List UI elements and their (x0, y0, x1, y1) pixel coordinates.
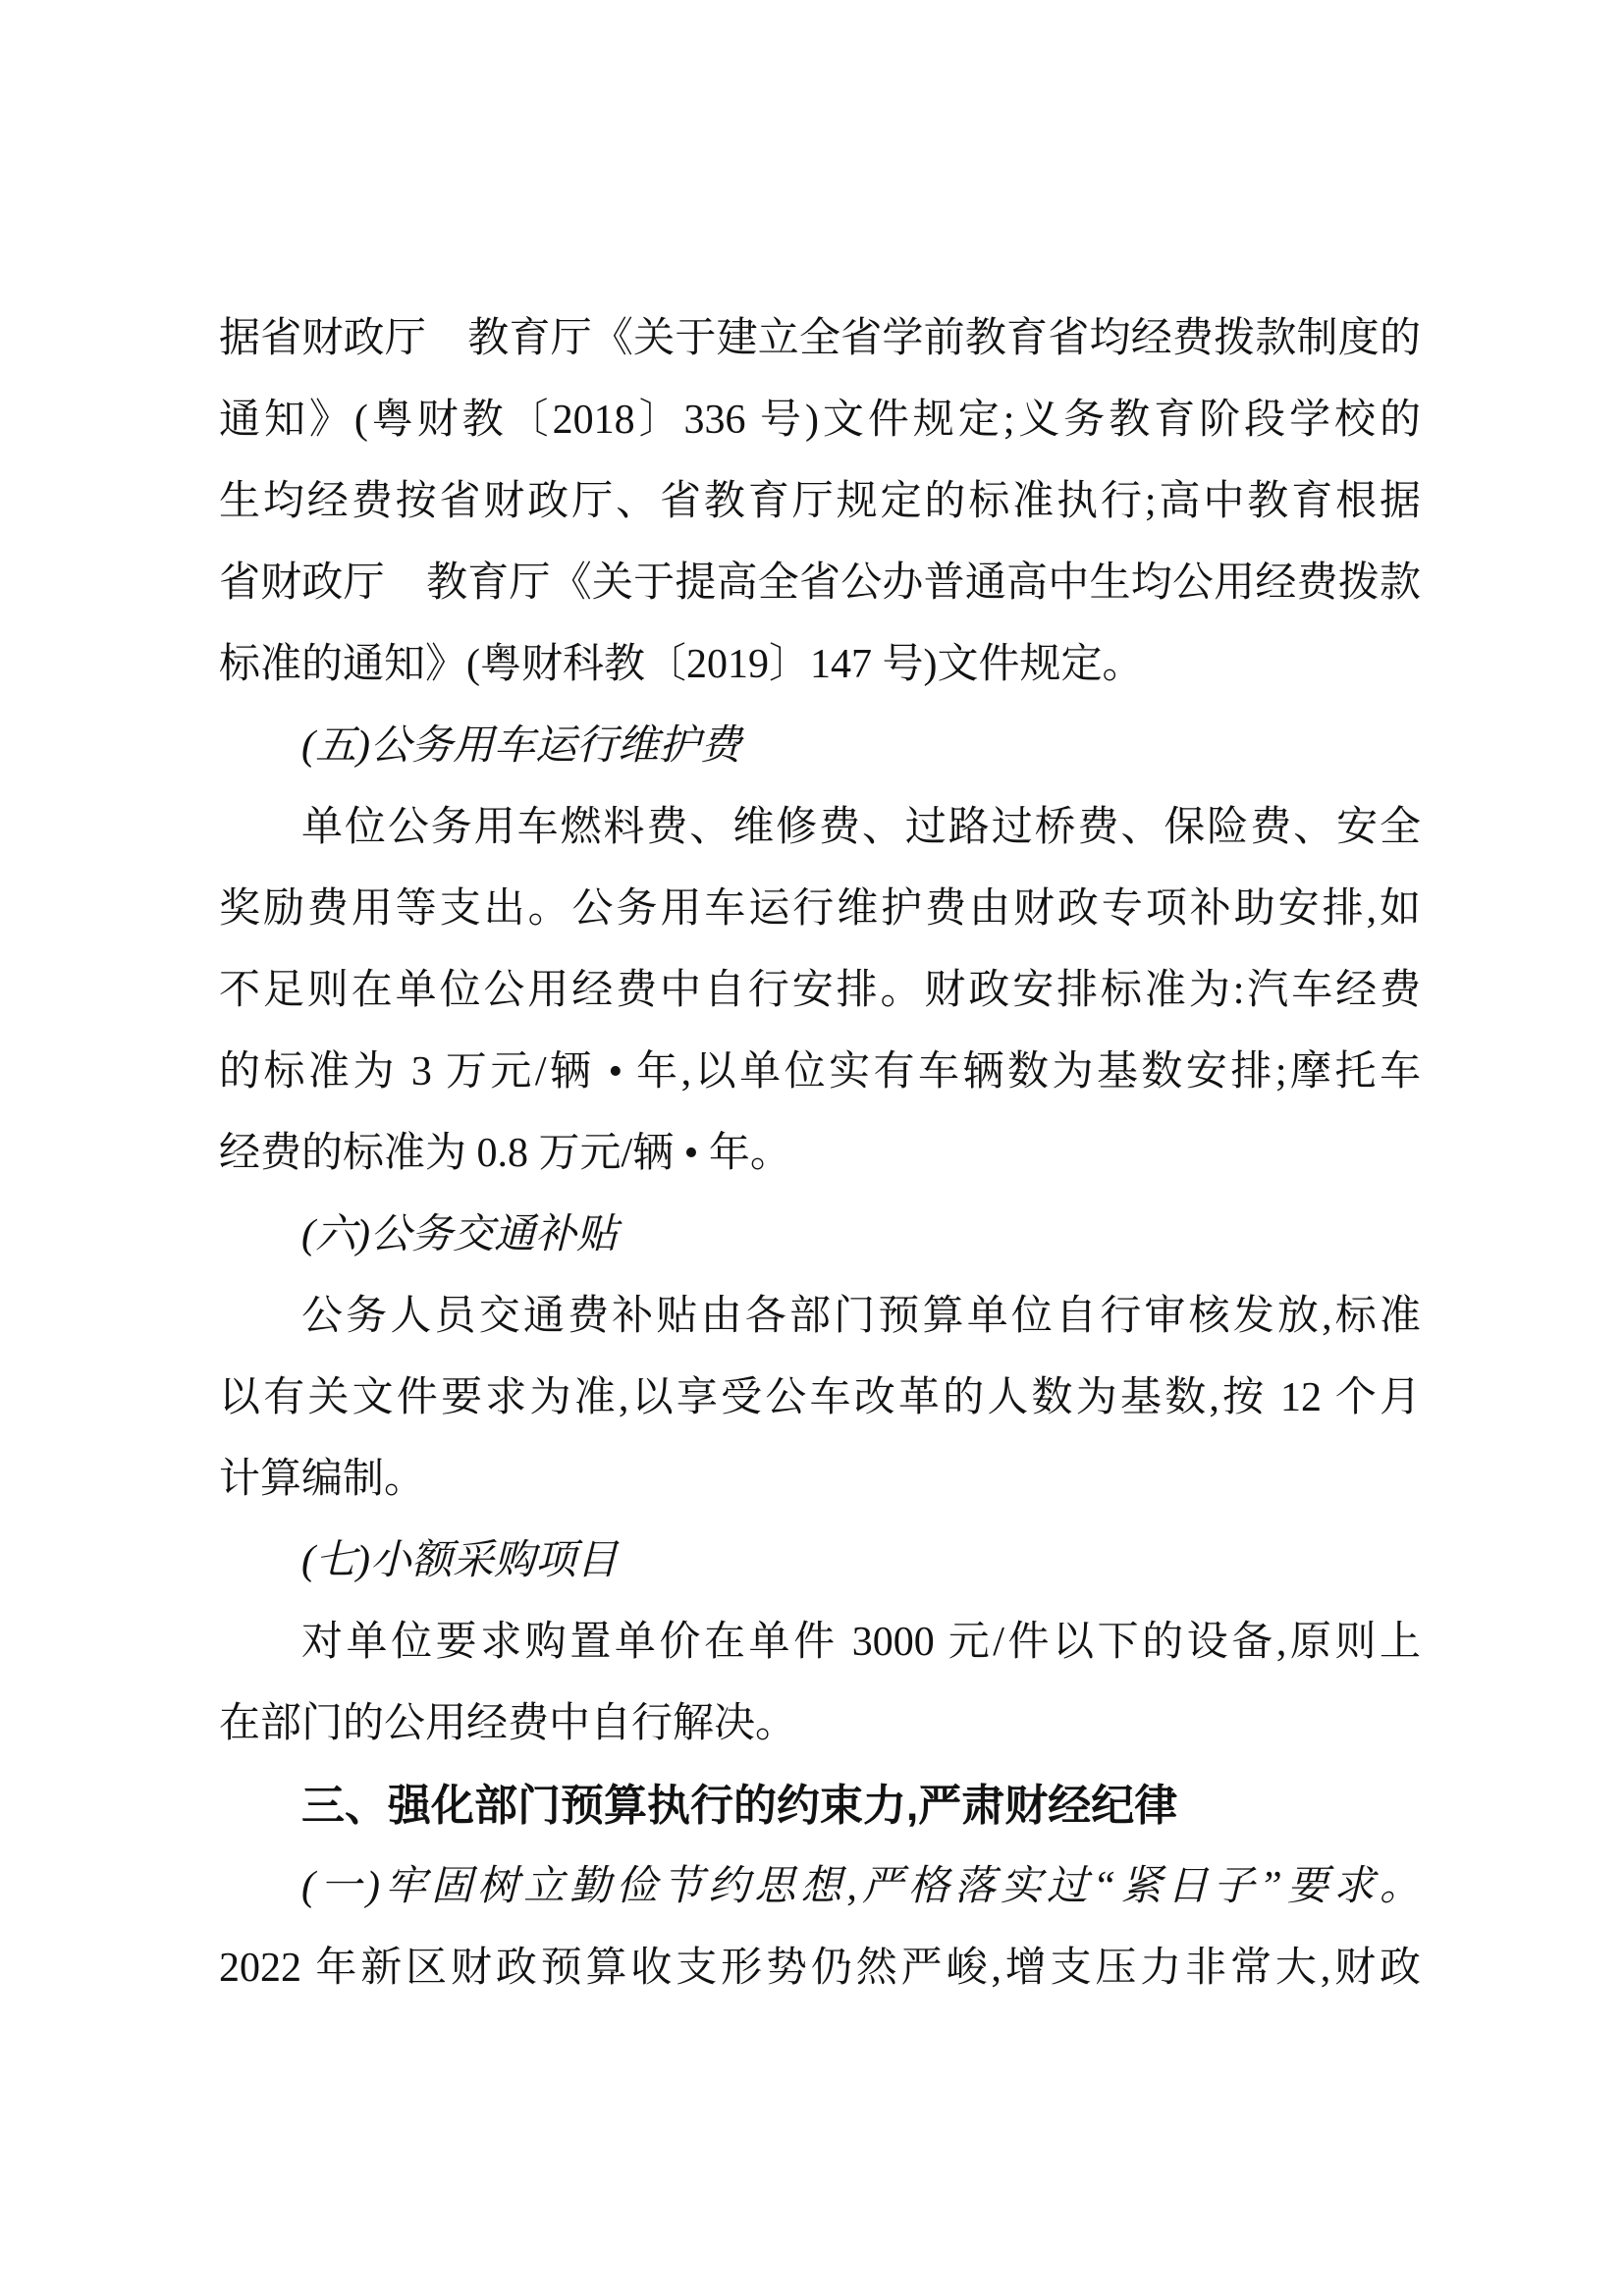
paragraph-funding-line-2: 通知》(粤财教〔2018〕336 号)文件规定;义务教育阶段学校的 (219, 380, 1421, 461)
paragraph-vehicle-line-5: 经费的标准为 0.8 万元/辆 • 年。 (219, 1113, 1421, 1195)
paragraph-funding-line-5: 标准的通知》(粤财科教〔2019〕147 号)文件规定。 (219, 624, 1421, 706)
paragraph-vehicle-line-4: 的标准为 3 万元/辆 • 年,以单位实有车辆数为基数安排;摩托车 (219, 1032, 1421, 1113)
paragraph-vehicle-line-1: 单位公务用车燃料费、维修费、过路过桥费、保险费、安全 (219, 787, 1421, 869)
paragraph-vehicle-line-2: 奖励费用等支出。公务用车运行维护费由财政专项补助安排,如 (219, 869, 1421, 950)
heading-part-3-budget-discipline: 三、强化部门预算执行的约束力,严肃财经纪律 (219, 1765, 1421, 1846)
paragraph-funding-line-4: 省财政厅 教育厅《关于提高全省公办普通高中生均公用经费拨款 (219, 543, 1421, 624)
paragraph-funding-line-3: 生均经费按省财政厅、省教育厅规定的标准执行;高中教育根据 (219, 461, 1421, 543)
document-page: 据省财政厅 教育厅《关于建立全省学前教育省均经费拨款制度的 通知》(粤财教〔20… (0, 0, 1624, 2296)
paragraph-subsidy-line-2: 以有关文件要求为准,以享受公车改革的人数为基数,按 12 个月 (219, 1358, 1421, 1439)
heading-section-7-small-procurement: (七)小额采购项目 (219, 1521, 1421, 1602)
heading-section-6-transport-subsidy: (六)公务交通补贴 (219, 1195, 1421, 1276)
heading-section-5-vehicle-cost: (五)公务用车运行维护费 (219, 706, 1421, 787)
paragraph-procurement-line-2: 在部门的公用经费中自行解决。 (219, 1683, 1421, 1765)
document-text-block: 据省财政厅 教育厅《关于建立全省学前教育省均经费拨款制度的 通知》(粤财教〔20… (219, 298, 1421, 2009)
heading-item-1-thrift-requirement: (一)牢固树立勤俭节约思想,严格落实过“紧日子”要求。 (219, 1846, 1421, 1928)
paragraph-subsidy-line-1: 公务人员交通费补贴由各部门预算单位自行审核发放,标准 (219, 1276, 1421, 1358)
paragraph-discipline-line-1: 2022 年新区财政预算收支形势仍然严峻,增支压力非常大,财政 (219, 1928, 1421, 2009)
paragraph-subsidy-line-3: 计算编制。 (219, 1439, 1421, 1521)
paragraph-vehicle-line-3: 不足则在单位公用经费中自行安排。财政安排标准为:汽车经费 (219, 950, 1421, 1032)
paragraph-funding-line-1: 据省财政厅 教育厅《关于建立全省学前教育省均经费拨款制度的 (219, 298, 1421, 380)
paragraph-procurement-line-1: 对单位要求购置单价在单件 3000 元/件以下的设备,原则上 (219, 1602, 1421, 1683)
